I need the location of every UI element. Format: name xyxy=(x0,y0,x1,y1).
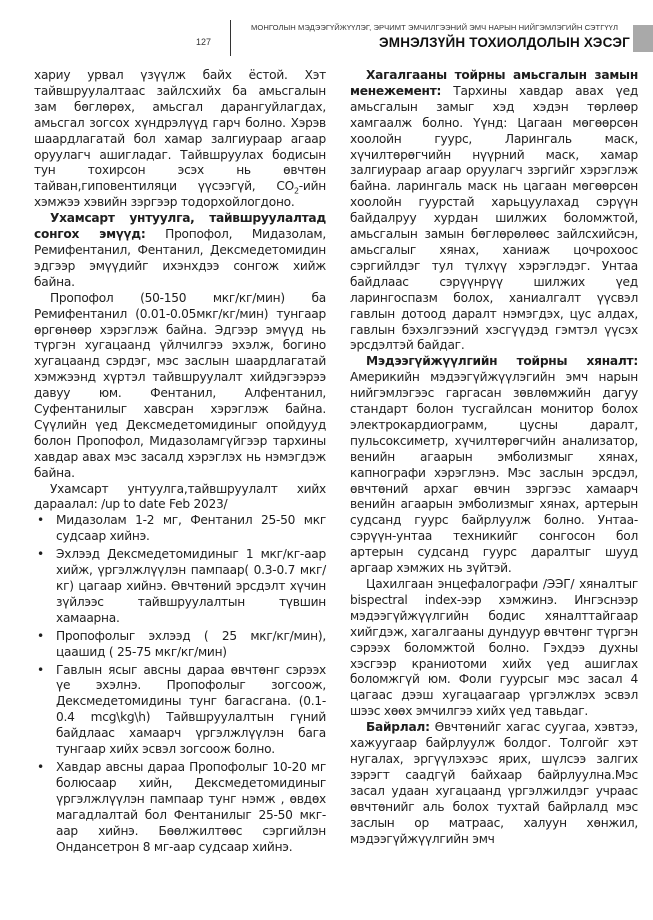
bullet-icon: • xyxy=(37,629,44,645)
list-item-text: Мидазолам 1-2 мг, Фентанил 25-50 мкг суд… xyxy=(56,513,326,543)
paragraph-anesthesia-monitoring: Мэдээгүйжүүлгийн тойрны хяналт: Америкий… xyxy=(350,354,638,577)
paragraph-drug-selection: Ухамсарт унтуулга, тайвшруулалтад сонгох… xyxy=(34,211,326,291)
bullet-icon: • xyxy=(37,760,44,776)
paragraph-text: Тархины хавдар авах үед амьсгалын замыг … xyxy=(350,84,638,353)
paragraph-heading: Мэдээгүйжүүлгийн тойрны хяналт: xyxy=(366,354,638,368)
bullet-icon: • xyxy=(37,513,44,529)
paragraph-positioning: Байрлал: Өвчтөнийг хагас суугаа, хэвтээ,… xyxy=(350,720,638,847)
paragraph-propofol-remifentanil: Пропофол (50-150 мкг/кг/мин) ба Ремифент… xyxy=(34,291,326,482)
paragraph-heading: Байрлал: xyxy=(366,720,430,734)
bullet-icon: • xyxy=(37,663,44,679)
paragraph-sequence-intro: Ухамсарт унтуулга,тайвшруулалт хийх дара… xyxy=(34,482,326,514)
page-header: 127 МОНГОЛЫН МЭДЭЭГҮЙЖҮҮЛЭГ, ЭРЧИМТ ЭМЧИ… xyxy=(0,0,653,60)
right-column: Хагалгааны тойрны амьсгалын замын менеже… xyxy=(350,68,638,847)
paragraph-sedation-response: хариу урвал үзүүлж байх ёстой. Хэт тайвш… xyxy=(34,68,326,211)
section-tab-marker xyxy=(633,25,653,52)
list-item: •Эхлээд Дексмедетомидиныг 1 мкг/кг-аар х… xyxy=(34,547,326,627)
list-item-text: Эхлээд Дексмедетомидиныг 1 мкг/кг-аар хи… xyxy=(56,547,326,625)
list-item: •Пропофолыг эхлээд ( 25 мкг/кг/мин), цаа… xyxy=(34,629,326,661)
list-item: •Мидазолам 1-2 мг, Фентанил 25-50 мкг су… xyxy=(34,513,326,545)
page-number: 127 xyxy=(196,37,211,47)
sedation-sequence-list: •Мидазолам 1-2 мг, Фентанил 25-50 мкг су… xyxy=(34,513,326,855)
journal-title: МОНГОЛЫН МЭДЭЭГҮЙЖҮҮЛЭГ, ЭРЧИМТ ЭМЧИЛГЭЭ… xyxy=(238,23,618,32)
list-item: •Хавдар авсны дараа Пропофолыг 10-20 мг … xyxy=(34,760,326,855)
header-divider xyxy=(230,20,231,56)
paragraph-text: Өвчтөнийг хагас суугаа, хэвтээ, хажуугаа… xyxy=(350,720,638,845)
paragraph-text: хариу урвал үзүүлж байх ёстой. Хэт тайвш… xyxy=(34,68,326,193)
paragraph-airway-management: Хагалгааны тойрны амьсгалын замын менеже… xyxy=(350,68,638,354)
list-item-text: Гавлын ясыг авсны дараа өвчтөнг сэрээх ү… xyxy=(56,663,326,757)
paragraph-eeg-monitoring: Цахилгаан энцефалографи /ЭЭГ/ хяналтыг b… xyxy=(350,577,638,720)
list-item-text: Пропофолыг эхлээд ( 25 мкг/кг/мин), цааш… xyxy=(56,629,326,659)
bullet-icon: • xyxy=(37,547,44,563)
section-title: ЭМНЭЛЗҮЙН ТОХИОЛДОЛЫН ХЭСЭГ xyxy=(379,35,630,50)
list-item-text: Хавдар авсны дараа Пропофолыг 10-20 мг б… xyxy=(56,760,326,854)
list-item: •Гавлын ясыг авсны дараа өвчтөнг сэрээх … xyxy=(34,663,326,758)
left-column: хариу урвал үзүүлж байх ёстой. Хэт тайвш… xyxy=(34,68,326,857)
paragraph-text: Америкийн мэдээгүйжүүлэгийн эмч нарын ни… xyxy=(350,370,638,575)
